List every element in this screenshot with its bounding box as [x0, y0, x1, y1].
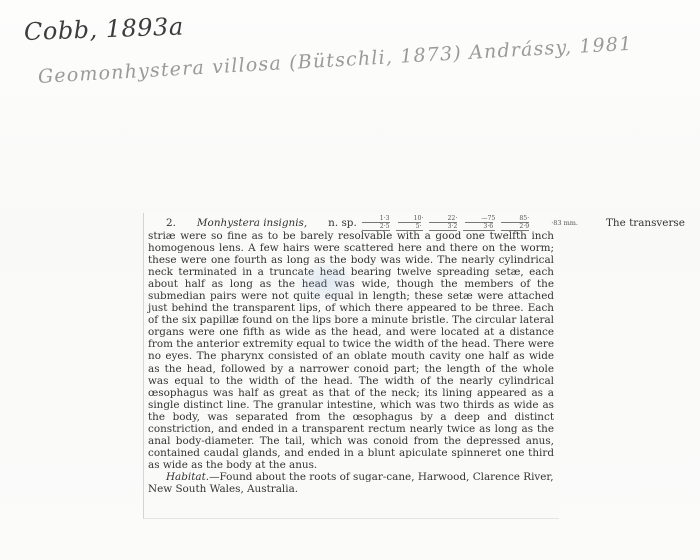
species-number: 2. [148, 217, 176, 229]
habitat-label: Habitat. [166, 471, 209, 483]
formula-bottom: 2·5 [362, 222, 390, 230]
first-line-continuation: The transverse [588, 217, 685, 229]
printed-clipping: 2. Monhystera insignis, n. sp. 1·3 2·5 1… [143, 213, 559, 519]
species-heading-line: 2. Monhystera insignis, n. sp. 1·3 2·5 1… [148, 217, 554, 230]
description-paragraph: striæ were so fine as to be barely resol… [148, 230, 554, 471]
cobb-formula: 1·3 2·5 10· 5· 22· 3·2 —75 3·6 [362, 216, 529, 231]
new-species-label: n. sp. [310, 217, 357, 229]
formula-column: —75 3·6 [463, 216, 495, 231]
formula-column: 1·3 2·5 [362, 216, 390, 231]
habitat-paragraph: Habitat.—Found about the roots of sugar-… [148, 471, 554, 495]
formula-bottom: 3·6 [465, 222, 493, 230]
formula-column: 85· 2·9 [501, 216, 529, 231]
formula-bottom: 3·2 [429, 222, 457, 230]
species-name: Monhystera insignis, [179, 217, 307, 229]
habitat-text: —Found about the roots of sugar-cane, Ha… [148, 471, 554, 495]
formula-column: 10· 5· [396, 216, 424, 231]
formula-column: 22· 3·2 [429, 216, 457, 231]
formula-bottom: 2·9 [501, 222, 529, 230]
formula-bottom: 5· [398, 222, 422, 230]
formula-total: ·83 mm. [533, 217, 578, 229]
clipping-text-block: 2. Monhystera insignis, n. sp. 1·3 2·5 1… [148, 217, 554, 495]
scanned-page: Cobb, 1893a Geomonhystera villosa (Bütsc… [0, 0, 700, 560]
handwritten-reference: Cobb, 1893a [24, 12, 185, 46]
